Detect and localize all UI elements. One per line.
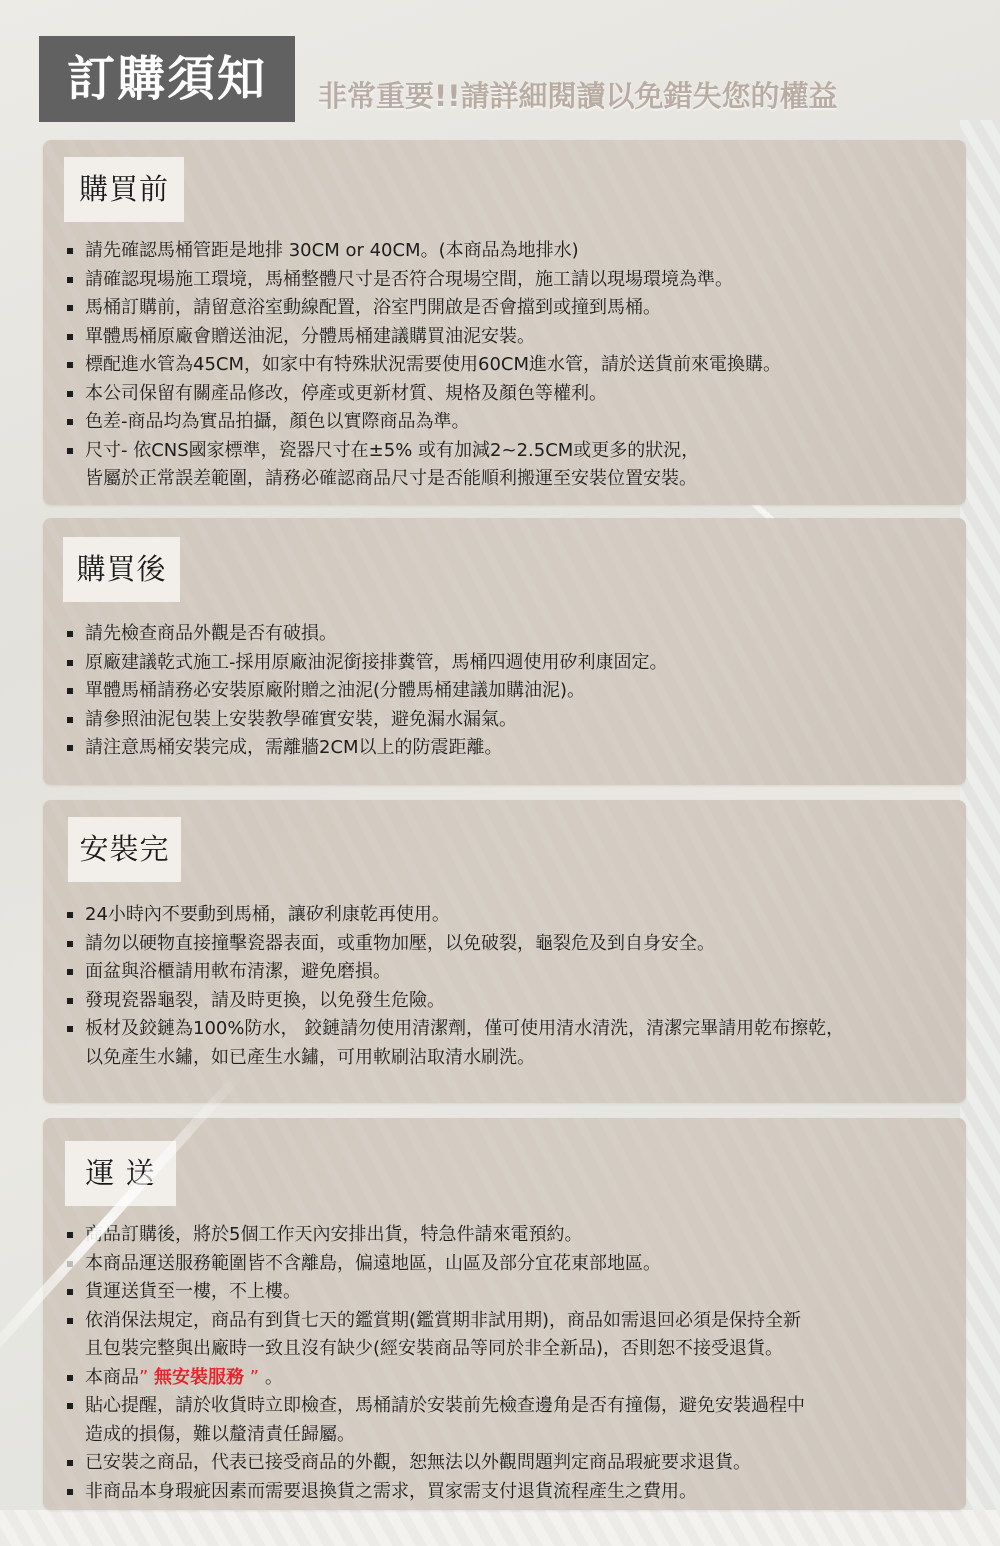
list-item: 尺寸- 依CNS國家標準，瓷器尺寸在±5% 或有加減2~2.5CM或更多的狀況，… <box>67 437 946 494</box>
section-heading-box: 安裝完 <box>68 817 181 882</box>
bullet-square-icon <box>67 941 73 947</box>
background-pattern-bottom <box>0 1510 1000 1546</box>
bullet-square-icon <box>67 305 73 311</box>
list-item: 請注意馬桶安裝完成，需離牆2CM以上的防震距離。 <box>67 734 946 763</box>
bullet-list: 商品訂購後，將於5個工作天內安排出貨，特急件請來電預約。 本商品運送服務範圍皆不… <box>67 1221 946 1506</box>
list-item: 請參照油泥包裝上安裝教學確實安裝，避免漏水漏氣。 <box>67 706 946 735</box>
bullet-square-icon <box>67 419 73 425</box>
quote-close: ” <box>244 1367 259 1388</box>
list-item: 標配進水管為45CM，如家中有特殊狀況需要使用60CM進水管，請於送貨前來電換購… <box>67 351 946 380</box>
list-item: 本商品運送服務範圍皆不含離島，偏遠地區，山區及部分宜花東部地區。 <box>67 1250 946 1279</box>
section-heading: 運 送 <box>85 1159 155 1188</box>
section-heading: 購買後 <box>76 555 166 584</box>
bullet-list: 請先檢查商品外觀是否有破損。 原廠建議乾式施工-採用原廠油泥銜接排糞管，馬桶四週… <box>67 620 946 763</box>
bullet-square-icon <box>67 688 73 694</box>
bullet-square-icon <box>67 717 73 723</box>
list-item: 請確認現場施工環境，馬桶整體尺寸是否符合現場空間，施工請以現場環境為準。 <box>67 266 946 295</box>
list-item: 色差-商品均為實品拍攝，顏色以實際商品為準。 <box>67 408 946 437</box>
list-item: 依消保法規定，商品有到貨七天的鑑賞期(鑑賞期非試用期)，商品如需退回必須是保持全… <box>67 1307 946 1364</box>
bullet-square-icon <box>67 1318 73 1324</box>
list-item: 本公司保留有關產品修改，停產或更新材質、規格及顏色等權利。 <box>67 380 946 409</box>
bullet-square-icon <box>67 1403 73 1409</box>
section-heading: 安裝完 <box>79 835 169 864</box>
list-item: 單體馬桶請務必安裝原廠附贈之油泥(分體馬桶建議加購油泥)。 <box>67 677 946 706</box>
bullet-square-icon <box>67 912 73 918</box>
background-pattern-right <box>960 120 1000 1546</box>
list-item: 面盆與浴櫃請用軟布清潔，避免磨損。 <box>67 958 946 987</box>
list-item: 貨運送貨至一樓，不上樓。 <box>67 1278 946 1307</box>
list-item: 請先確認馬桶管距是地排 30CM or 40CM。(本商品為地排水) <box>67 237 946 266</box>
section-heading: 購買前 <box>79 175 169 204</box>
bullet-square-icon <box>67 969 73 975</box>
bullet-square-icon <box>67 391 73 397</box>
list-item: 原廠建議乾式施工-採用原廠油泥銜接排糞管，馬桶四週使用矽利康固定。 <box>67 649 946 678</box>
no-installation-service-notice: 無安裝服務 <box>154 1367 244 1388</box>
section-heading-box: 運 送 <box>65 1141 176 1206</box>
bullet-square-icon <box>67 362 73 368</box>
bullet-square-icon <box>67 1460 73 1466</box>
bullet-square-icon <box>67 334 73 340</box>
bullet-square-icon <box>67 1489 73 1495</box>
page-title: 訂購須知 <box>67 55 267 103</box>
list-item: 貼心提醒，請於收貨時立即檢查，馬桶請於安裝前先檢查邊角是否有撞傷，避免安裝過程中… <box>67 1392 946 1449</box>
bullet-square-icon <box>67 277 73 283</box>
page-subtitle: 非常重要!!請詳細閱讀以免錯失您的權益 <box>318 82 837 111</box>
section-after-installation: 安裝完 24小時內不要動到馬桶，讓矽利康乾再使用。 請勿以硬物直接撞擊瓷器表面，… <box>43 800 966 1103</box>
list-item: 板材及鉸鏈為100%防水， 鉸鏈請勿使用清潔劑，僅可使用清水清洗，清潔完畢請用乾… <box>67 1015 946 1072</box>
bullet-square-icon <box>67 248 73 254</box>
quote-open: ” <box>139 1367 154 1388</box>
bullet-list: 24小時內不要動到馬桶，讓矽利康乾再使用。 請勿以硬物直接撞擊瓷器表面，或重物加… <box>67 901 946 1072</box>
section-shipping: 運 送 商品訂購後，將於5個工作天內安排出貨，特急件請來電預約。 本商品運送服務… <box>43 1118 966 1510</box>
page-title-box: 訂購須知 <box>39 36 295 122</box>
list-item: 商品訂購後，將於5個工作天內安排出貨，特急件請來電預約。 <box>67 1221 946 1250</box>
list-item: 單體馬桶原廠會贈送油泥，分體馬桶建議購買油泥安裝。 <box>67 323 946 352</box>
bullet-square-icon <box>67 1232 73 1238</box>
section-heading-box: 購買後 <box>63 537 180 602</box>
list-item: 非商品本身瑕疵因素而需要退換貨之需求，買家需支付退貨流程產生之費用。 <box>67 1478 946 1507</box>
list-item: 請勿以硬物直接撞擊瓷器表面，或重物加壓，以免破裂，龜裂危及到自身安全。 <box>67 930 946 959</box>
section-before-purchase: 購買前 請先確認馬桶管距是地排 30CM or 40CM。(本商品為地排水) 請… <box>43 140 966 505</box>
list-item-no-installation: 本商品” 無安裝服務 ” 。 <box>67 1364 946 1393</box>
bullet-square-icon <box>67 1289 73 1295</box>
bullet-square-icon <box>67 998 73 1004</box>
bullet-square-icon <box>67 448 73 454</box>
list-item: 發現瓷器龜裂，請及時更換，以免發生危險。 <box>67 987 946 1016</box>
list-item: 馬桶訂購前，請留意浴室動線配置，浴室門開啟是否會擋到或撞到馬桶。 <box>67 294 946 323</box>
bullet-list: 請先確認馬桶管距是地排 30CM or 40CM。(本商品為地排水) 請確認現場… <box>67 237 946 494</box>
bullet-square-icon <box>67 660 73 666</box>
list-item: 已安裝之商品，代表已接受商品的外觀，恕無法以外觀問題判定商品瑕疵要求退貨。 <box>67 1449 946 1478</box>
bullet-square-icon <box>67 1375 73 1381</box>
bullet-square-icon <box>67 631 73 637</box>
section-heading-box: 購買前 <box>64 157 184 222</box>
bullet-square-icon <box>67 1261 73 1267</box>
list-item: 24小時內不要動到馬桶，讓矽利康乾再使用。 <box>67 901 946 930</box>
bullet-square-icon <box>67 1026 73 1032</box>
list-item: 請先檢查商品外觀是否有破損。 <box>67 620 946 649</box>
section-after-purchase: 購買後 請先檢查商品外觀是否有破損。 原廠建議乾式施工-採用原廠油泥銜接排糞管，… <box>43 518 966 785</box>
bullet-square-icon <box>67 745 73 751</box>
